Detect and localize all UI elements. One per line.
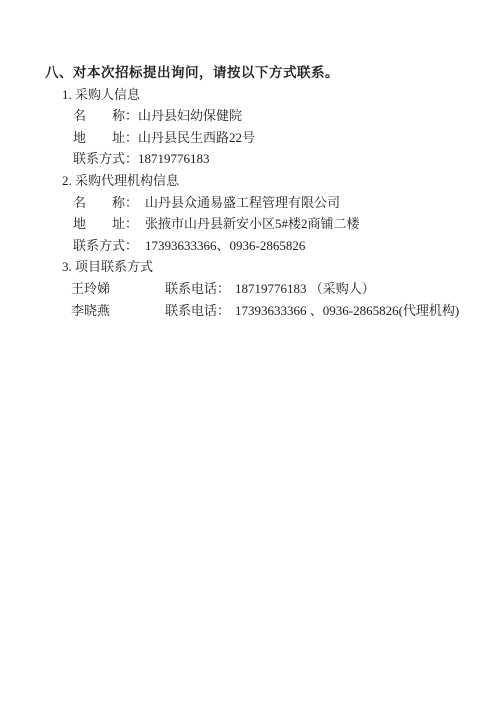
document-content: 八、对本次招标提出询问，请按以下方式联系。 1. 采购人信息 名 称：山丹县妇幼… <box>0 62 500 321</box>
agency-info-section: 2. 采购代理机构信息 名 称：山丹县众通易盛工程管理有限公司 地 址：张掖市山… <box>0 170 500 256</box>
section-heading: 八、对本次招标提出询问，请按以下方式联系。 <box>0 62 500 84</box>
purchaser-address-row: 地 址：山丹县民生西路22号 <box>0 127 500 149</box>
contact-method-label: 联系方式： <box>73 151 138 166</box>
phone-label: 联系电话： <box>165 303 230 318</box>
contact-phone-value: 17393633366 、0936-2865826(代理机构) <box>230 303 459 318</box>
name-label: 名 称： <box>73 108 138 123</box>
purchaser-name-row: 名 称：山丹县妇幼保健院 <box>0 105 500 127</box>
contact-person-name: 王玲娣 <box>71 278 165 300</box>
phone-label: 联系电话： <box>165 281 230 296</box>
contact-person-name: 李晓燕 <box>71 300 165 322</box>
purchaser-name-value: 山丹县妇幼保健院 <box>138 108 242 123</box>
purchaser-contact-row: 联系方式：18719776183 <box>0 148 500 170</box>
purchaser-contact-person-row: 王玲娣联系电话：18719776183 （采购人） <box>0 278 500 300</box>
agency-name-row: 名 称：山丹县众通易盛工程管理有限公司 <box>0 192 500 214</box>
purchaser-phone-value: 18719776183 <box>138 151 210 166</box>
purchaser-info-section: 1. 采购人信息 名 称：山丹县妇幼保健院 地 址：山丹县民生西路22号 联系方… <box>0 84 500 170</box>
contact-method-label: 联系方式： <box>73 238 138 253</box>
address-label: 地 址： <box>73 130 138 145</box>
agency-name-value: 山丹县众通易盛工程管理有限公司 <box>138 195 340 210</box>
agency-section-title: 2. 采购代理机构信息 <box>0 170 500 192</box>
purchaser-address-value: 山丹县民生西路22号 <box>138 130 255 145</box>
agency-phone-value: 17393633366、0936-2865826 <box>138 238 305 253</box>
name-label: 名 称： <box>73 195 138 210</box>
purchaser-section-title: 1. 采购人信息 <box>0 84 500 106</box>
agency-address-value: 张掖市山丹县新安小区5#楼2商铺二楼 <box>138 216 360 231</box>
project-contact-section: 3. 项目联系方式 王玲娣联系电话：18719776183 （采购人） 李晓燕联… <box>0 256 500 321</box>
contact-phone-value: 18719776183 （采购人） <box>230 281 375 296</box>
agency-address-row: 地 址：张掖市山丹县新安小区5#楼2商铺二楼 <box>0 213 500 235</box>
project-contact-section-title: 3. 项目联系方式 <box>0 256 500 278</box>
agency-contact-row: 联系方式：17393633366、0936-2865826 <box>0 235 500 257</box>
document-page: 八、对本次招标提出询问，请按以下方式联系。 1. 采购人信息 名 称：山丹县妇幼… <box>0 0 500 706</box>
agency-contact-person-row: 李晓燕联系电话：17393633366 、0936-2865826(代理机构) <box>0 300 500 322</box>
address-label: 地 址： <box>73 216 138 231</box>
